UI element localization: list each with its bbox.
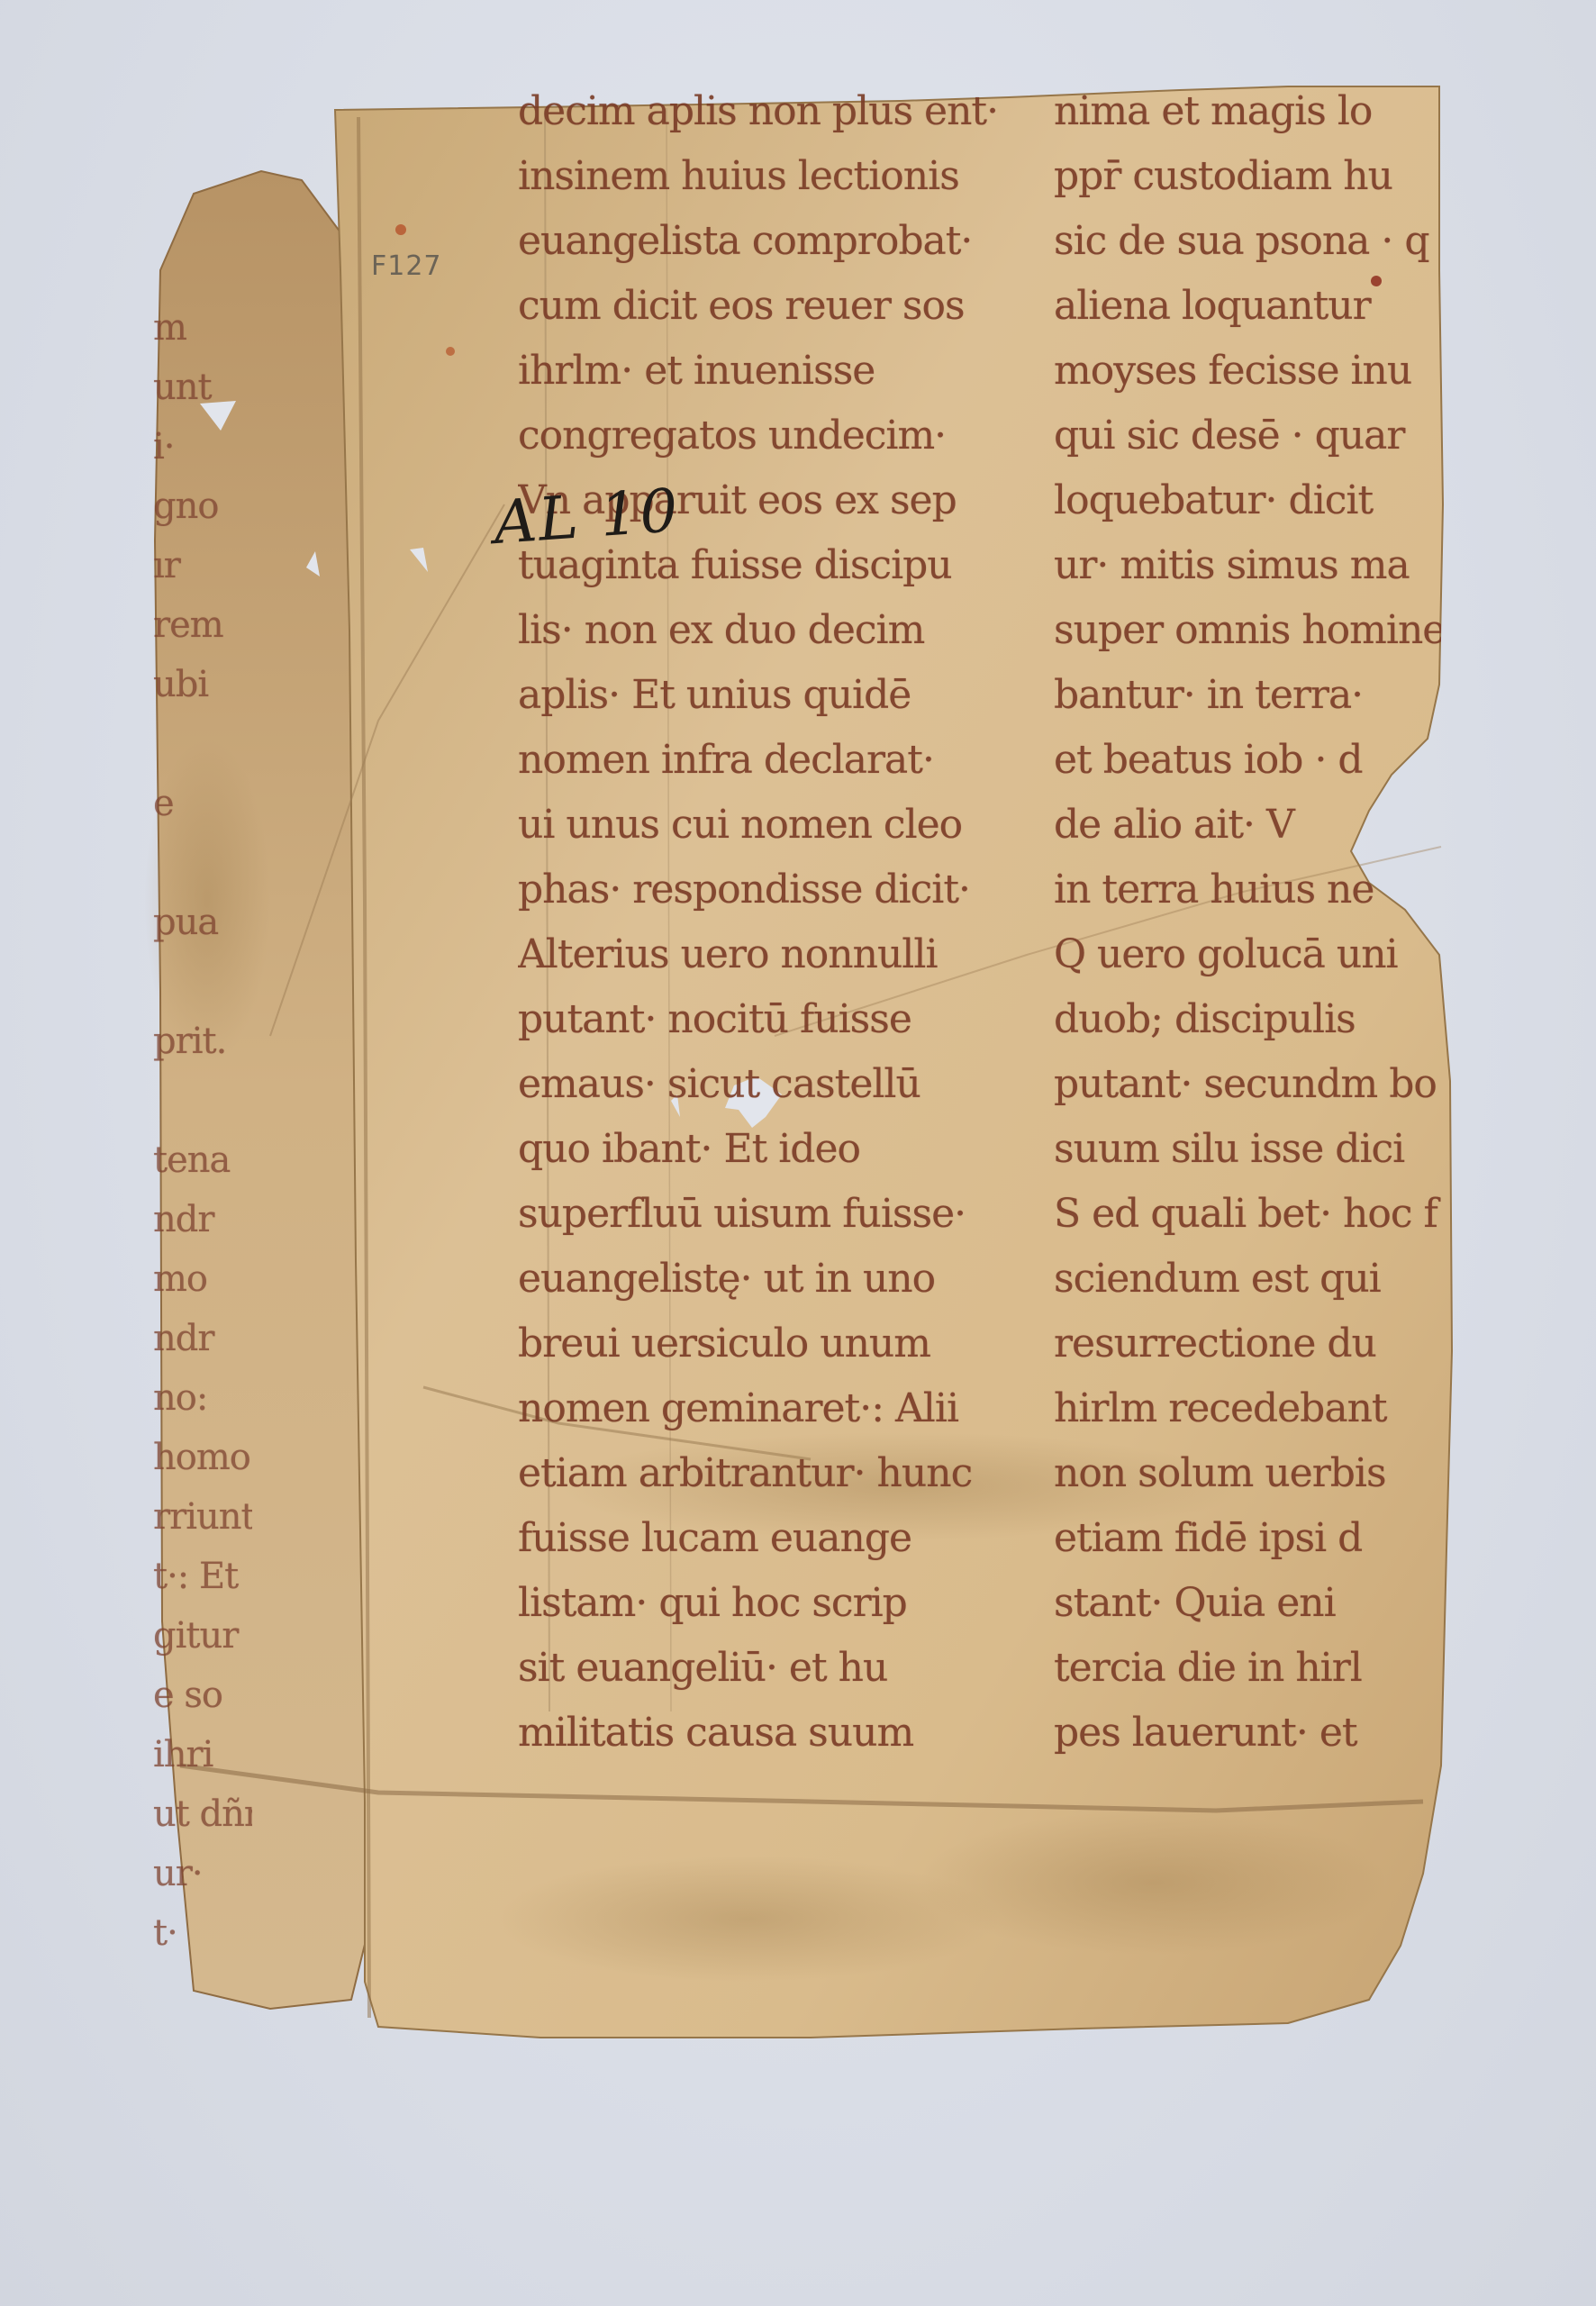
text-line: ut dñr — [153, 1784, 252, 1844]
text-line: suum silu isse dici — [1054, 1117, 1441, 1182]
text-line: decim aplis non plus ent· — [518, 79, 1004, 144]
text-line: ır — [153, 536, 252, 595]
text-line: gitur — [153, 1606, 252, 1666]
text-column-b: nima et magis lo ppr̄ custodiam hu sic d… — [1054, 79, 1441, 1766]
text-line: quo ibant· Et ideo — [518, 1117, 1004, 1182]
text-line: stant· Quia eni — [1054, 1571, 1441, 1636]
text-line — [153, 833, 252, 893]
text-line: duob; discipulis — [1054, 987, 1441, 1052]
text-line: t·: Et — [153, 1547, 252, 1606]
text-line: fuisse lucam euange — [518, 1506, 1004, 1571]
text-line: S ed quali bet· hoc f — [1054, 1182, 1441, 1247]
text-line: ubi — [153, 655, 252, 714]
text-line: nima et magis lo — [1054, 79, 1441, 144]
text-line: super omnis homine — [1054, 598, 1441, 663]
text-line: no: — [153, 1368, 252, 1428]
text-line: qui sic desē · quar — [1054, 404, 1441, 468]
text-line: superfluū uisum fuisse· — [518, 1182, 1004, 1247]
text-line: sic de sua psona · q — [1054, 209, 1441, 274]
text-line: ndr — [153, 1190, 252, 1249]
text-line: aliena loquantur — [1054, 274, 1441, 339]
text-line: loquebatur· dicit — [1054, 468, 1441, 533]
text-line: ur· — [153, 1844, 252, 1903]
text-line — [153, 1071, 252, 1130]
text-line: de alio ait· V — [1054, 793, 1441, 858]
text-line: listam· qui hoc scrip — [518, 1571, 1004, 1636]
text-line: tercia die in hirl — [1054, 1636, 1441, 1701]
text-line: hirlm recedebant — [1054, 1376, 1441, 1441]
text-line: putant· secundm bo — [1054, 1052, 1441, 1117]
text-line — [153, 239, 252, 298]
text-line: cum dicit eos reuer sos — [518, 274, 1004, 339]
text-line: bantur· in terra· — [1054, 663, 1441, 728]
text-line: euangelista comprobat· — [518, 209, 1004, 274]
text-line: pes lauerunt· et — [1054, 1701, 1441, 1766]
text-line: ihri — [153, 1725, 252, 1784]
text-line: aplis· Et unius quidē — [518, 663, 1004, 728]
text-line: tena — [153, 1130, 252, 1190]
text-column-a: decim aplis non plus ent· insinem huius … — [518, 79, 1004, 1766]
text-line: ihrlm· et inuenisse — [518, 339, 1004, 404]
text-line: lis· non ex duo decim — [518, 598, 1004, 663]
text-line — [153, 714, 252, 774]
text-line: euangelistę· ut in uno — [518, 1247, 1004, 1312]
text-line: phas· respondisse dicit· — [518, 858, 1004, 922]
text-line: putant· nocitū fuisse — [518, 987, 1004, 1052]
text-line: insinem huius lectionis — [518, 144, 1004, 209]
text-line: congregatos undecim· — [518, 404, 1004, 468]
text-line: gno — [153, 477, 252, 536]
text-line: in terra huius ne — [1054, 858, 1441, 922]
text-line: Q uero golucā uni — [1054, 922, 1441, 987]
text-line: non solum uerbis — [1054, 1441, 1441, 1506]
text-line: i· — [153, 417, 252, 477]
ink-annotation: AL 10 — [492, 476, 682, 558]
text-line: emaus· sicut castellū — [518, 1052, 1004, 1117]
text-line: militatis causa suum — [518, 1701, 1004, 1766]
text-line: etiam fidē ipsi d — [1054, 1506, 1441, 1571]
pencil-shelfmark: F127 — [371, 250, 442, 282]
text-line: Alterius uero nonnulli — [518, 922, 1004, 987]
text-line: nomen geminaret·: Alii — [518, 1376, 1004, 1441]
text-line: e — [153, 774, 252, 833]
text-line: homo· — [153, 1428, 252, 1487]
text-line: rem — [153, 595, 252, 655]
text-line: resurrectione du — [1054, 1312, 1441, 1376]
text-line: unt — [153, 358, 252, 417]
text-line: sit euangeliū· et hu — [518, 1636, 1004, 1701]
text-line: et beatus iob · d — [1054, 728, 1441, 793]
text-line: moyses fecisse inu — [1054, 339, 1441, 404]
text-line: sciendum est qui — [1054, 1247, 1441, 1312]
text-line: pua — [153, 893, 252, 952]
left-strip-text-column: m unt i· gno ır rem ubi e pua prit. tena… — [153, 239, 252, 1963]
text-line: breui uersiculo unum — [518, 1312, 1004, 1376]
text-line: etiam arbitrantur· hunc — [518, 1441, 1004, 1506]
text-line: ppr̄ custodiam hu — [1054, 144, 1441, 209]
text-line: mo — [153, 1249, 252, 1309]
text-line — [153, 952, 252, 1012]
text-line: rriunt: — [153, 1487, 252, 1547]
text-line: ndr — [153, 1309, 252, 1368]
text-line: ui unus cui nomen cleo — [518, 793, 1004, 858]
text-line: m — [153, 298, 252, 358]
text-line: ur· mitis simus ma — [1054, 533, 1441, 598]
text-line: e so — [153, 1666, 252, 1725]
text-line: prit. — [153, 1012, 252, 1071]
text-line: nomen infra declarat· — [518, 728, 1004, 793]
text-line: t· — [153, 1903, 252, 1963]
